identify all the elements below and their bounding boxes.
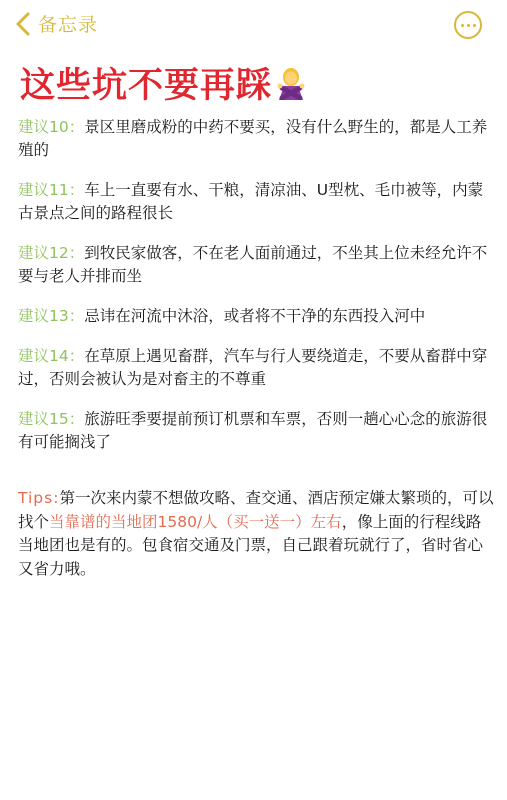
list-item: 建议12：到牧民家做客，不在老人面前通过，不坐其上位未经允许不要与老人并排而坐 bbox=[18, 242, 496, 288]
tips-label: Tips: bbox=[18, 489, 59, 507]
list-item: 建议10：景区里磨成粉的中药不要买，没有什么野生的，都是人工养殖的 bbox=[18, 116, 496, 162]
item-text: 到牧民家做客，不在老人面前通过，不坐其上位未经允许不要与老人并排而坐 bbox=[18, 244, 487, 285]
more-dot-icon bbox=[461, 24, 464, 27]
suggestion-list: 建议10：景区里磨成粉的中药不要买，没有什么野生的，都是人工养殖的 建议11：车… bbox=[18, 116, 496, 471]
item-label: 建议10： bbox=[18, 118, 84, 136]
list-item: 建议11：车上一直要有水、干粮，清凉油、U型枕、毛巾被等，内蒙古景点之间的路程很… bbox=[18, 179, 496, 225]
item-label: 建议11： bbox=[18, 181, 84, 199]
list-item: 建议13：忌讳在河流中沐浴，或者将不干净的东西投入河中 bbox=[18, 305, 496, 328]
more-dot-icon bbox=[473, 24, 476, 27]
item-label: 建议14： bbox=[18, 347, 84, 365]
item-text: 在草原上遇见畜群，汽车与行人要绕道走，不要从畜群中穿过，否则会被认为是对畜主的不… bbox=[18, 347, 487, 388]
item-text: 旅游旺季要提前预订机票和车票，否则一趟心心念的旅游很有可能搁浅了 bbox=[18, 410, 487, 451]
back-button[interactable]: 备忘录 bbox=[14, 10, 98, 37]
navbar: 备忘录 bbox=[0, 0, 507, 48]
back-label: 备忘录 bbox=[38, 10, 98, 37]
item-label: 建议12： bbox=[18, 244, 84, 262]
item-text: 景区里磨成粉的中药不要买，没有什么野生的，都是人工养殖的 bbox=[18, 118, 487, 159]
more-dot-icon bbox=[467, 24, 470, 27]
tips-paragraph: Tips:第一次来内蒙不想做攻略、查交通、酒店预定嫌太繁琐的，可以找个当靠谱的当… bbox=[18, 487, 496, 581]
item-label: 建议15： bbox=[18, 410, 84, 428]
person-gesturing-no-icon bbox=[276, 66, 306, 100]
item-text: 车上一直要有水、干粮，清凉油、U型枕、毛巾被等，内蒙古景点之间的路程很长 bbox=[18, 181, 483, 222]
list-item: 建议14：在草原上遇见畜群，汽车与行人要绕道走，不要从畜群中穿过，否则会被认为是… bbox=[18, 345, 496, 391]
title-text: 这些坑不要再踩 bbox=[20, 58, 272, 108]
item-label: 建议13： bbox=[18, 307, 84, 325]
chevron-left-icon bbox=[14, 11, 32, 37]
page-title: 这些坑不要再踩 bbox=[20, 58, 306, 108]
list-item: 建议15：旅游旺季要提前预订机票和车票，否则一趟心心念的旅游很有可能搁浅了 bbox=[18, 408, 496, 454]
item-text: 忌讳在河流中沐浴，或者将不干净的东西投入河中 bbox=[84, 307, 425, 325]
tips-highlight: 当靠谱的当地团1580/人（买一送一）左右 bbox=[49, 513, 342, 531]
more-options-button[interactable] bbox=[454, 11, 482, 39]
